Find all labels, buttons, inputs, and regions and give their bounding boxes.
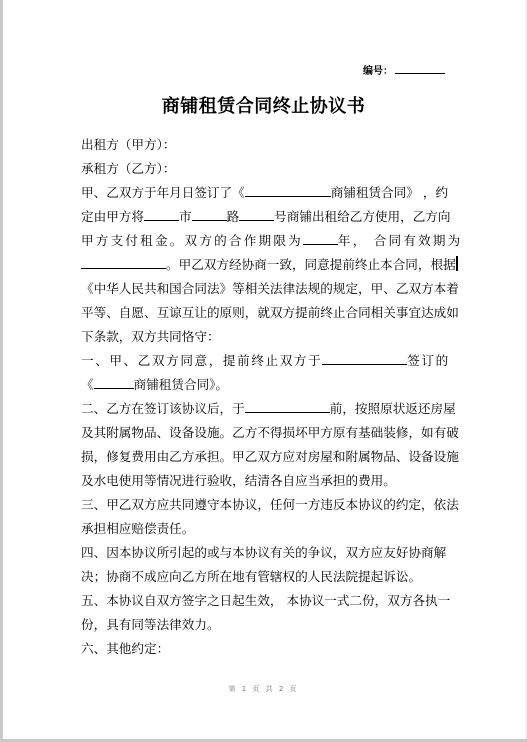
text: 《	[81, 377, 94, 392]
validity-period-blank[interactable]	[81, 255, 166, 269]
clause-5-line-1: 五、本协议自双方签字之日起生效， 本协议一式二份，双方各执一	[81, 589, 453, 613]
preamble-line-2: 定由甲方将市路号商铺出租给乙方使用，乙方向	[81, 205, 453, 229]
document-number-blank[interactable]	[395, 63, 445, 74]
lessor-line: 出租方（甲方）：	[81, 133, 453, 157]
clause-2-line-3: 损，修复费用由乙方承担。甲乙双方应对房屋和附属物品、设备设施	[81, 445, 453, 469]
clause-2-line-1: 二、乙方在签订该协议后，于前，按照原状返还房屋	[81, 397, 453, 421]
clause-2-line-4: 及水电使用等情况进行验收，结清各自应当承担的费用。	[81, 469, 453, 493]
preamble-line-5: 《中华人民共和国合同法》等相关法律法规的规定，甲、乙双方本着	[81, 277, 453, 301]
preamble-line-3: 甲方支付租金。双方的合作期限为年， 合同有效期为	[81, 229, 453, 253]
contract-name-blank[interactable]	[245, 183, 331, 197]
preamble-line-6: 平等、自愿、互谅互让的原则，就双方提前终止合同相关事宜达成如	[81, 301, 453, 325]
lessor-label: 出租方（甲方）：	[81, 137, 175, 152]
text: 五、本协议自双方签字之日起生效， 本协议一式二份，双方各执一	[81, 593, 450, 608]
clause-1-line-2: 《商铺租赁合同》。	[81, 373, 453, 397]
text: 三、甲乙双方应共同遵守本协议，任何一方违反本协议的约定，依法	[81, 497, 459, 512]
text: 一、甲、乙双方同意，提前终止双方于	[81, 353, 322, 368]
text: 商铺租赁合同》。	[134, 377, 228, 392]
clause-5-line-2: 份，具有同等法律效力。	[81, 613, 453, 637]
text: 《中华人民共和国合同法》等相关法律法规的规定，甲、乙双方本着	[81, 281, 459, 296]
preamble-line-7: 下条款，双方共同恪守：	[81, 325, 453, 349]
text: 决；协商不成应向乙方所在地有管辖权的人民法院提起诉讼。	[81, 569, 421, 584]
document-body[interactable]: 出租方（甲方）： 承租方（乙方）： 甲、乙双方于年月日签订了《商铺租赁合同》 ，…	[81, 133, 453, 661]
text: 签订的	[407, 353, 450, 368]
text: 路	[227, 209, 240, 224]
text: 份，具有同等法律效力。	[81, 617, 220, 632]
text: 号商铺出租给乙方使用，乙方向	[274, 209, 450, 224]
clause-2-line-2: 及其附属物品、设备设施。乙方不得损坏甲方原有基础装修，如有破	[81, 421, 453, 445]
text: 前，按照原状返还房屋	[330, 401, 456, 416]
clause-1-line-1: 一、甲、乙双方同意，提前终止双方于签订的	[81, 349, 453, 373]
preamble-line-1: 甲、乙双方于年月日签订了《商铺租赁合同》 ，约	[81, 181, 453, 205]
page-indicator: 第 1 页 共 2 页	[0, 684, 527, 694]
lessee-line: 承租方（乙方）：	[81, 157, 453, 181]
text: 市	[179, 209, 192, 224]
lessee-label: 承租方（乙方）：	[81, 161, 175, 176]
contract-name-blank-2[interactable]	[94, 375, 134, 389]
text: 及其附属物品、设备设施。乙方不得损坏甲方原有基础装修，如有破	[81, 425, 459, 440]
text: 甲、乙双方于年月日签订了《	[81, 185, 245, 200]
text: 承担相应赔偿责任。	[81, 521, 194, 536]
text: 四、因本协议所引起的或与本协议有关的争议，双方应友好协商解	[81, 545, 446, 560]
text: 下条款，双方共同恪守：	[81, 329, 220, 344]
text: 甲方支付租金。双方的合作期限为	[81, 233, 303, 248]
text: 二、乙方在签订该协议后，于	[81, 401, 245, 416]
text: 定由甲方将	[81, 209, 144, 224]
text: 六、其他约定：	[81, 641, 169, 656]
text-cursor	[456, 256, 458, 271]
signing-date-blank[interactable]	[322, 351, 407, 365]
clause-3-line-2: 承担相应赔偿责任。	[81, 517, 453, 541]
document-number: 编号：	[363, 62, 445, 77]
document-title: 商铺租赁合同终止协议书	[0, 92, 527, 118]
clause-4-line-1: 四、因本协议所引起的或与本协议有关的争议，双方应友好协商解	[81, 541, 453, 565]
road-blank[interactable]	[192, 207, 227, 221]
return-date-blank[interactable]	[245, 399, 330, 413]
clause-4-line-2: 决；协商不成应向乙方所在地有管辖权的人民法院提起诉讼。	[81, 565, 453, 589]
text: 。甲乙双方经协商一致，同意提前终止本合同，根据	[166, 257, 456, 272]
clause-3-line-1: 三、甲乙双方应共同遵守本协议，任何一方违反本协议的约定，依法	[81, 493, 453, 517]
text: 损，修复费用由乙方承担。甲乙双方应对房屋和附属物品、设备设施	[81, 449, 459, 464]
text: 平等、自愿、互谅互让的原则，就双方提前终止合同相关事宜达成如	[81, 305, 459, 320]
text: 年， 合同有效期为	[338, 233, 463, 248]
city-blank[interactable]	[144, 207, 179, 221]
clause-6-line-1: 六、其他约定：	[81, 637, 453, 661]
text: 及水电使用等情况进行验收，结清各自应当承担的费用。	[81, 473, 396, 488]
preamble-line-4: 。甲乙双方经协商一致，同意提前终止本合同，根据	[81, 253, 453, 277]
text: 商铺租赁合同》 ，约	[331, 185, 448, 200]
number-blank[interactable]	[239, 207, 274, 221]
term-years-blank[interactable]	[303, 231, 338, 245]
document-number-label: 编号：	[363, 66, 393, 77]
